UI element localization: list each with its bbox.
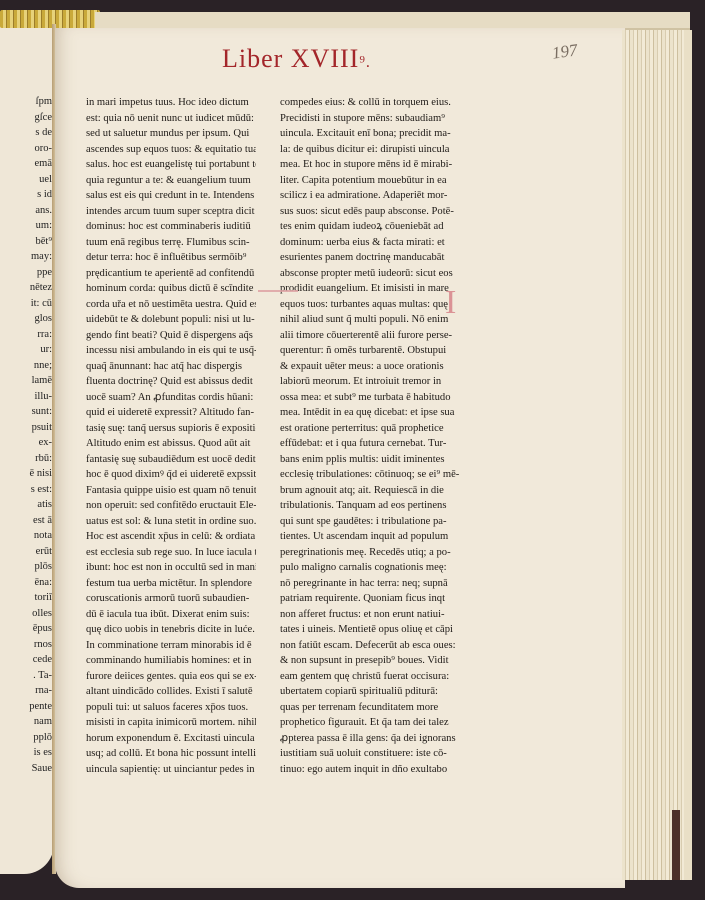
text-line: comminando humiliabis homines: et in bbox=[86, 653, 256, 669]
text-line: sus suos: sicut edēs paup absconse. Potē… bbox=[280, 204, 465, 220]
text-line: uel bbox=[0, 172, 52, 188]
text-line: um: bbox=[0, 218, 52, 234]
text-line: detur terra: hoc ē influētibus sermōib⁹ bbox=[86, 250, 256, 266]
text-line: ꝓpterea passa ē illa gens: q̃a dei ignor… bbox=[280, 731, 465, 747]
open-book: ſpmgſces deoro-emāuels idans.um:bēt⁹may:… bbox=[0, 0, 705, 900]
text-line: qui sunt spe gaudētes: i tribulatione pa… bbox=[280, 514, 465, 530]
text-line: dominum: uerba eius & facta mirati: et bbox=[280, 235, 465, 251]
text-line: nētez bbox=[0, 280, 52, 296]
text-line: salus. hoc est euangelistę tui portabunt… bbox=[86, 157, 256, 173]
text-line: fantasię suę subaudiēdum est uocē dedit. bbox=[86, 452, 256, 468]
text-line: dū ē iacula tua ibūt. Dixerat enim suis: bbox=[86, 607, 256, 623]
text-line: incessu nisi ambulando in eis qui te usq… bbox=[86, 343, 256, 359]
text-line: psuit bbox=[0, 420, 52, 436]
text-line: quas per terrenam fecunditatem more bbox=[280, 700, 465, 716]
text-line: gendo fint beati? Quid ē dispergens aq̃s bbox=[86, 328, 256, 344]
text-line: bēt⁹ bbox=[0, 234, 52, 250]
text-line: s de bbox=[0, 125, 52, 141]
text-line: ubertatem copiarū spiritualiū pditurā: bbox=[280, 684, 465, 700]
text-line: s est: bbox=[0, 482, 52, 498]
running-head-suffix: ⁹. bbox=[359, 54, 371, 71]
text-line: uocē suam? An ꝓfunditas cordis hūani: bbox=[86, 390, 256, 406]
text-line: toriī bbox=[0, 590, 52, 606]
text-line: non afferet fructus: et non erunt natiui… bbox=[280, 607, 465, 623]
text-line: fluenta doctrinę? Quid est abissus dedit bbox=[86, 374, 256, 390]
text-column-right: compedes eius: & collū in torquem eius.P… bbox=[280, 95, 465, 777]
text-line: ur: bbox=[0, 342, 52, 358]
rubric-paragraph-mark bbox=[258, 290, 298, 292]
text-line: it: cū bbox=[0, 296, 52, 312]
text-line: ascendes sup equos tuos: & equitatio tua bbox=[86, 142, 256, 158]
running-head: Liber XVIII⁹. bbox=[222, 44, 371, 74]
text-line: uincula sapientię: ut uinciantur pedes i… bbox=[86, 762, 256, 778]
folio-number: 197 bbox=[551, 40, 579, 63]
text-line: nota bbox=[0, 528, 52, 544]
text-line: ēpus bbox=[0, 621, 52, 637]
text-line: Precidisti in stupore mēns: subaudiam⁹ bbox=[280, 111, 465, 127]
text-line: erūt bbox=[0, 544, 52, 560]
text-line: tates i uineis. Mentietē opus oliuę et c… bbox=[280, 622, 465, 638]
text-line: plōs bbox=[0, 559, 52, 575]
headband bbox=[0, 10, 100, 28]
text-line: labiorū meorum. Et introiuit tremor in bbox=[280, 374, 465, 390]
text-line: . Ta- bbox=[0, 668, 52, 684]
text-line: sunt: bbox=[0, 404, 52, 420]
text-line: compedes eius: & collū in torquem eius. bbox=[280, 95, 465, 111]
text-line: esurientes panem doctrinę manducabāt bbox=[280, 250, 465, 266]
text-line: tinuo: ego autem inquit in dño exultabo bbox=[280, 762, 465, 778]
text-line: ēna: bbox=[0, 575, 52, 591]
text-line: illu- bbox=[0, 389, 52, 405]
text-line: populi tui: ut saluos faceres xp̄os tuos… bbox=[86, 700, 256, 716]
text-line: pente bbox=[0, 699, 52, 715]
text-line: ans. bbox=[0, 203, 52, 219]
verso-page: ſpmgſces deoro-emāuels idans.um:bēt⁹may:… bbox=[0, 24, 54, 874]
text-line: ſpm bbox=[0, 94, 52, 110]
rubric-marginal-initial: I bbox=[445, 284, 456, 322]
text-line: festum tua uerba mictētur. In splendore bbox=[86, 576, 256, 592]
text-line: prodidit euangelium. Et imisisti in mare bbox=[280, 281, 465, 297]
text-line: patriam requirente. Quoniam ficus inqt bbox=[280, 591, 465, 607]
text-line: est: quia nō uenit nunc ut iudicet mūdū: bbox=[86, 111, 256, 127]
text-line: & non supsunt in presepib⁹ boues. Vidit bbox=[280, 653, 465, 669]
text-line: sed ut saluetur mundus per ipsum. Qui bbox=[86, 126, 256, 142]
text-line: tasię suę: tanq̃ uersus supioris ē expos… bbox=[86, 421, 256, 437]
text-line: uatus est sol: & luna stetit in ordine s… bbox=[86, 514, 256, 530]
text-line: rna- bbox=[0, 683, 52, 699]
running-head-title: Liber XVIII bbox=[222, 44, 359, 73]
text-line: Hoc est ascendit xp̄us in celū: & ordiat… bbox=[86, 529, 256, 545]
text-line: querentur: ñ omēs turbarentē. Obstupui bbox=[280, 343, 465, 359]
text-line: rra: bbox=[0, 327, 52, 343]
text-line: ppe bbox=[0, 265, 52, 281]
text-line: mea. Intēdit in ea quę dicebat: et ipse … bbox=[280, 405, 465, 421]
text-line: horum exponendum ē. Excitasti uincula bbox=[86, 731, 256, 747]
text-line: peregrinationis meę. Recedēs utiq; a po- bbox=[280, 545, 465, 561]
text-line: oro- bbox=[0, 141, 52, 157]
text-line: liter. Capita potentium mouebūtur in ea bbox=[280, 173, 465, 189]
text-line: rnos bbox=[0, 637, 52, 653]
text-line: nam bbox=[0, 714, 52, 730]
text-column-left: in mari impetus tuus. Hoc ideo dictumest… bbox=[86, 95, 256, 777]
text-line: absconse propter metū iudeorū: sicut eos bbox=[280, 266, 465, 282]
text-line: tuum enā regibus terrę. Flumibus scin- bbox=[86, 235, 256, 251]
text-line: tribulationis. Tanquam ad eos pertinens bbox=[280, 498, 465, 514]
text-line: olles bbox=[0, 606, 52, 622]
text-line: mea. Et hoc in stupore mēns id ē mirabi- bbox=[280, 157, 465, 173]
text-line: nihil aliud sunt q̃ multi populi. Nō eni… bbox=[280, 312, 465, 328]
text-line: effūdebat: et i qua futura cernebat. Tur… bbox=[280, 436, 465, 452]
text-line: quid ei uideretē expressit? Altitudo fan… bbox=[86, 405, 256, 421]
text-line: ibunt: hoc est non in occultū sed in man… bbox=[86, 560, 256, 576]
text-line: prędicantium te aperientē ad confitendū bbox=[86, 266, 256, 282]
text-line: coruscationis armorū tuorū subaudien- bbox=[86, 591, 256, 607]
text-line: intendes arcum tuum super sceptra dicit bbox=[86, 204, 256, 220]
text-line: usq; ad collū. Et bona hic possunt intel… bbox=[86, 746, 256, 762]
text-line: altant uindicādo collides. Existi ī salu… bbox=[86, 684, 256, 700]
text-line: equos tuos: turbantes aquas multas: quę bbox=[280, 297, 465, 313]
text-line: hominum corda: quibus dictū ē scīndite bbox=[86, 281, 256, 297]
text-line: s id bbox=[0, 187, 52, 203]
text-line: est oratione perterritus: quā prophetice bbox=[280, 421, 465, 437]
text-line: tes enim quidam iudeoꝝ cōueniebāt ad bbox=[280, 219, 465, 235]
text-line: dominus: hoc est comminaberis iuditiū bbox=[86, 219, 256, 235]
text-line: non operuit: sed confitēdo eructauit Ele… bbox=[86, 498, 256, 514]
text-line: rbū: bbox=[0, 451, 52, 467]
text-line: la: de quibus dicitur ei: dirupisti uinc… bbox=[280, 142, 465, 158]
text-line: pplō bbox=[0, 730, 52, 746]
text-line: In comminatione terram minorabis id ē bbox=[86, 638, 256, 654]
text-line: tientes. Ut ascendam inquit ad populum bbox=[280, 529, 465, 545]
text-line: emā bbox=[0, 156, 52, 172]
text-line: corda uřa et nō uestimēta uestra. Quid e… bbox=[86, 297, 256, 313]
text-line: brum agnouit atq; ait. Requiescā in die bbox=[280, 483, 465, 499]
verso-text-fragment: ſpmgſces deoro-emāuels idans.um:bēt⁹may:… bbox=[0, 94, 52, 776]
text-line: hoc ē quod diximꝰ q̃d ei uideretē expssi… bbox=[86, 467, 256, 483]
text-line: iustitiam suā uoluit constituere: iste c… bbox=[280, 746, 465, 762]
text-line: is es bbox=[0, 745, 52, 761]
text-line: may: bbox=[0, 249, 52, 265]
text-line: est ā bbox=[0, 513, 52, 529]
fore-edge-pages bbox=[622, 30, 692, 880]
text-line: non fatiūt escam. Defecerūt ab esca oues… bbox=[280, 638, 465, 654]
text-line: ex- bbox=[0, 435, 52, 451]
text-line: nō peregrinante in hac terra: neq; supnā bbox=[280, 576, 465, 592]
text-line: gſce bbox=[0, 110, 52, 126]
text-line: cede bbox=[0, 652, 52, 668]
text-line: eam gentem quę christū fuerat occisura: bbox=[280, 669, 465, 685]
text-line: salus est eis qui credunt in te. Intende… bbox=[86, 188, 256, 204]
text-line: prophetico figurauit. Et q̃a tam dei tal… bbox=[280, 715, 465, 731]
text-line: pulo maligno carnalis cognationis meę: bbox=[280, 560, 465, 576]
text-line: furore deiices gentes. quia eos qui se e… bbox=[86, 669, 256, 685]
text-line: quę dico uobis in tenebris dicite in luć… bbox=[86, 622, 256, 638]
text-line: nne; bbox=[0, 358, 52, 374]
cover-corner bbox=[672, 810, 680, 880]
text-line: lamē bbox=[0, 373, 52, 389]
text-line: in mari impetus tuus. Hoc ideo dictum bbox=[86, 95, 256, 111]
text-line: bans enim pplis multis: uidit iminentes bbox=[280, 452, 465, 468]
text-line: Saue bbox=[0, 761, 52, 777]
text-line: uincula. Excitauit enī bona; precidit ma… bbox=[280, 126, 465, 142]
text-line: ossa mea: et subt⁹ me turbata ē habitudo bbox=[280, 390, 465, 406]
text-line: & expauit uēter meus: a uoce orationis bbox=[280, 359, 465, 375]
text-line: scilicz i ea admiratione. Adaperiēt mor- bbox=[280, 188, 465, 204]
text-line: est ecclesia sub rege suo. In luce iacul… bbox=[86, 545, 256, 561]
text-line: glos bbox=[0, 311, 52, 327]
text-line: quia reguntur a te: & euangelium tuum bbox=[86, 173, 256, 189]
text-line: misisti in capita inimicorū mortem. nihi… bbox=[86, 715, 256, 731]
text-line: atis bbox=[0, 497, 52, 513]
text-line: quaq̃ ānunnant: hac atq̃ hac dispergis bbox=[86, 359, 256, 375]
text-line: alii timore cōuerterentē alii furore per… bbox=[280, 328, 465, 344]
text-line: Altitudo enim est abissus. Quod aūt ait bbox=[86, 436, 256, 452]
text-line: ē nisi bbox=[0, 466, 52, 482]
text-line: ecclesię tribulationes: cōtinuoq; se ei⁹… bbox=[280, 467, 465, 483]
text-line: uidebūt te & dolebunt populi: nisi ut lu… bbox=[86, 312, 256, 328]
text-line: Fantasia quippe uisio est quam nō tenuit… bbox=[86, 483, 256, 499]
